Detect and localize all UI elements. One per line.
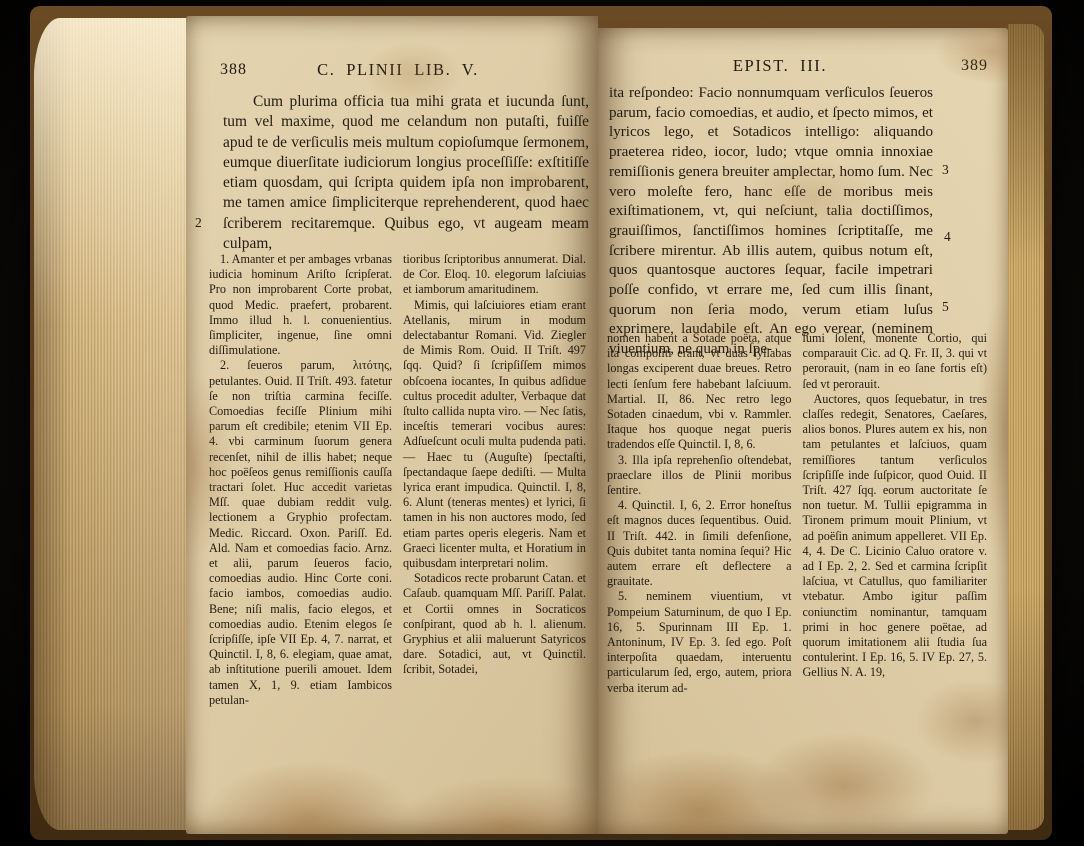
- footnote-mimis: Mimis, qui laſciuiores etiam erant Atell…: [403, 298, 586, 572]
- right-page-header: EPIST. III. 389: [608, 56, 952, 76]
- footnote-5: 5. neminem viuentium, vt Pompeium Saturn…: [607, 589, 792, 695]
- footnote-continuation: ſumi ſolent, monente Cortio, qui compara…: [803, 331, 988, 392]
- right-page-footnotes: nomen habent a Sotade poëta, atque ita c…: [607, 331, 987, 696]
- right-page: EPIST. III. 389 ita reſpondeo: Facio non…: [598, 28, 1008, 834]
- section-number-4: 4: [944, 229, 951, 245]
- footnote-1: 1. Amanter et per ambages vrbanas iudici…: [209, 252, 392, 358]
- footnote-continuation: tioribus ſcriptoribus annumerat. Dial. d…: [403, 252, 586, 298]
- left-footnote-column-1: 1. Amanter et per ambages vrbanas iudici…: [209, 252, 392, 708]
- footnote-auctores: Auctores, quos ſequebatur, in tres claſſ…: [803, 392, 988, 681]
- book-photo: 388 C. PLINII LIB. V. Cum plurima offici…: [0, 0, 1084, 846]
- right-footnote-column-2: ſumi ſolent, monente Cortio, qui compara…: [803, 331, 988, 696]
- left-page-footnotes: 1. Amanter et per ambages vrbanas iudici…: [209, 252, 586, 708]
- right-page-number: 389: [961, 57, 988, 75]
- open-book: 388 C. PLINII LIB. V. Cum plurima offici…: [30, 6, 1052, 840]
- left-footnote-column-2: tioribus ſcriptoribus annumerat. Dial. d…: [403, 252, 586, 708]
- footnote-4: 4. Quinctil. I, 6, 2. Error honeſtus eſt…: [607, 498, 792, 589]
- page-edges-right: [1008, 24, 1044, 830]
- section-number-5: 5: [942, 299, 949, 315]
- section-number-2: 2: [195, 215, 202, 231]
- left-page: 388 C. PLINII LIB. V. Cum plurima offici…: [186, 16, 598, 834]
- right-running-title: EPIST. III.: [733, 56, 827, 75]
- left-page-body-text: Cum plurima officia tua mihi grata et iu…: [223, 92, 589, 254]
- footnote-sotadicos: Sotadicos recte probarunt Catan. et Caſa…: [403, 571, 586, 677]
- footnote-3: 3. Illa ipſa reprehenſio oſtendebat, pra…: [607, 453, 792, 499]
- section-number-3: 3: [942, 162, 949, 178]
- right-page-body-text: ita reſpondeo: Facio nonnumquam verſicul…: [609, 84, 933, 360]
- left-page-header: 388 C. PLINII LIB. V.: [216, 60, 580, 80]
- right-footnote-column-1: nomen habent a Sotade poëta, atque ita c…: [607, 331, 792, 696]
- left-running-title: C. PLINII LIB. V.: [317, 60, 479, 79]
- footnote-2: 2. ſeueros parum, λιτότης, petulantes. O…: [209, 358, 392, 708]
- left-page-number: 388: [220, 61, 247, 79]
- footnote-continuation: nomen habent a Sotade poëta, atque ita c…: [607, 331, 792, 453]
- page-edges-left: [34, 18, 186, 830]
